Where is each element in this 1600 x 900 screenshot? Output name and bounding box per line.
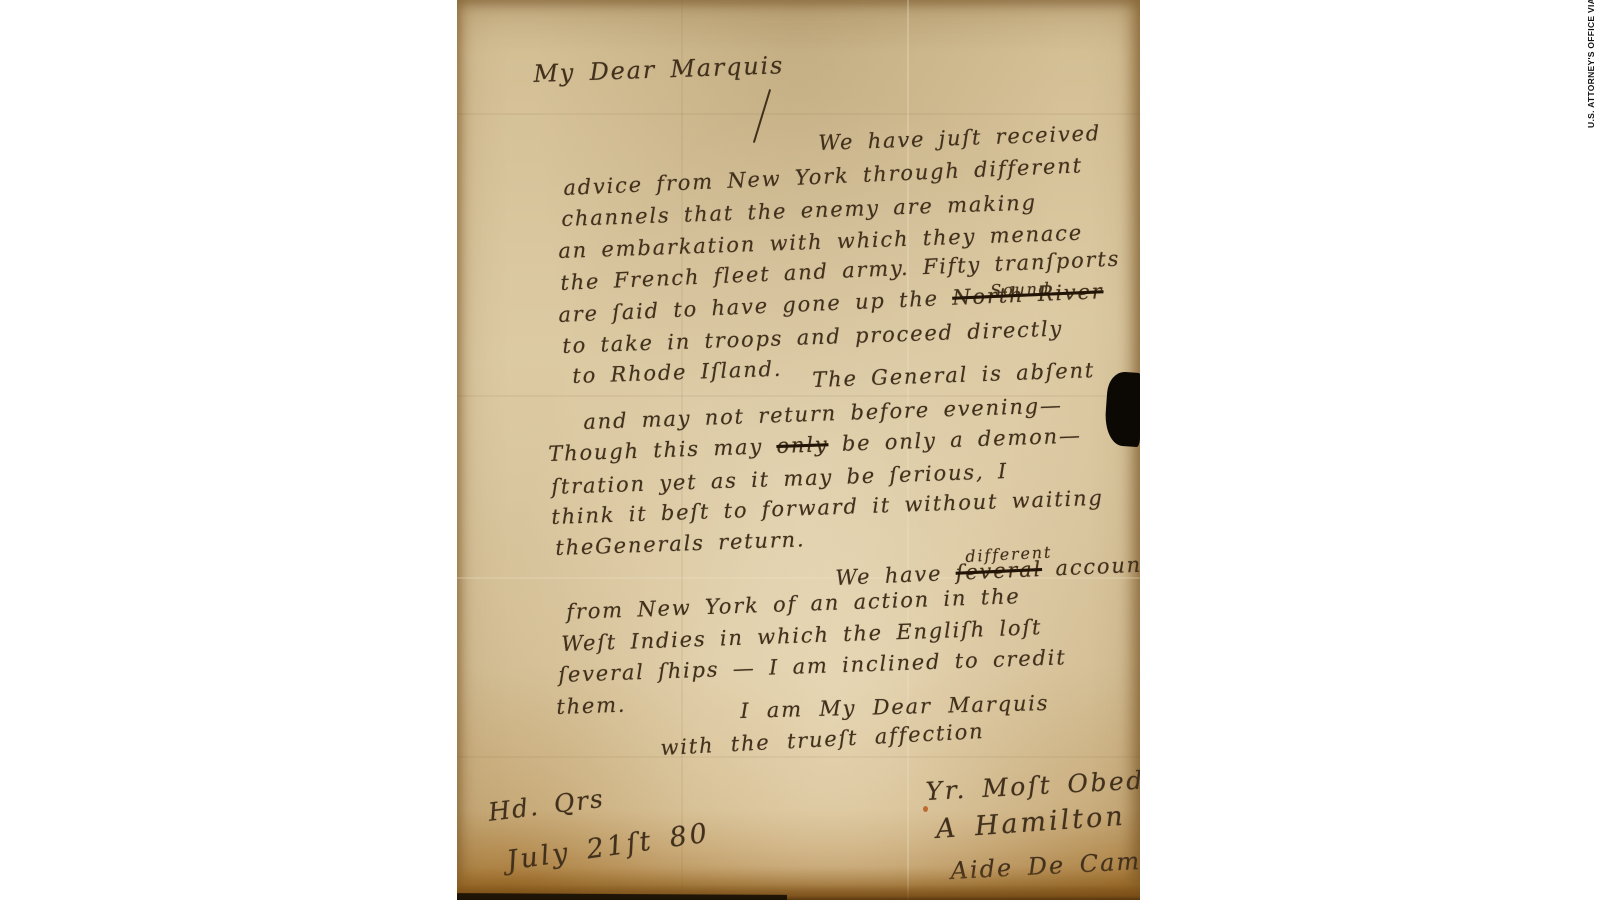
struck-out-text: only xyxy=(776,432,829,458)
fold-crease-horizontal xyxy=(457,756,1140,758)
fold-crease-horizontal xyxy=(457,113,1140,115)
letter-line-text: accounts xyxy=(1041,552,1140,581)
photo-credit: U.S. ATTORNEY'S OFFICE VIA AP xyxy=(1586,0,1596,128)
letter-line: theGenerals return. xyxy=(555,529,806,559)
letter-line: The General is abſent xyxy=(812,360,1095,391)
signature-name: A Hamilton xyxy=(935,803,1127,843)
letter-line-text: We have xyxy=(835,561,956,590)
ink-specks xyxy=(457,0,460,3)
letter-line: them. xyxy=(556,695,627,718)
letter-photo: My Dear Marquis We have juſt received ad… xyxy=(457,0,1140,900)
letter-line-text: be only a demon— xyxy=(828,423,1082,456)
paper-bottom-shadow xyxy=(457,893,787,900)
ink-blot xyxy=(1103,371,1140,447)
salutation-flourish xyxy=(753,89,771,143)
struck-out-text: North River xyxy=(952,279,1104,310)
closing-line: I am My Dear Marquis xyxy=(740,693,1050,722)
letter-line: to Rhode Iſland. xyxy=(572,359,783,387)
struck-out-text: ſeveral xyxy=(955,557,1042,585)
letter-line: to take in troops and proceed directly xyxy=(562,319,1063,357)
closing-line: with the trueſt affection xyxy=(660,721,985,759)
rust-stain xyxy=(923,806,928,812)
letter-line: We have ſeveral accounts xyxy=(835,554,1140,589)
date-line: July 21ſt 80 xyxy=(505,819,712,874)
valediction-line: Yr. Moſt Obed xyxy=(925,768,1140,804)
salutation-line: My Dear Marquis xyxy=(533,53,784,86)
letter-line-text: Though this may xyxy=(548,434,777,466)
signature-role: Aide De Camp xyxy=(950,848,1140,883)
place-line: Hd. Qrs xyxy=(487,786,606,825)
letter-line: We have juſt received xyxy=(818,123,1101,154)
